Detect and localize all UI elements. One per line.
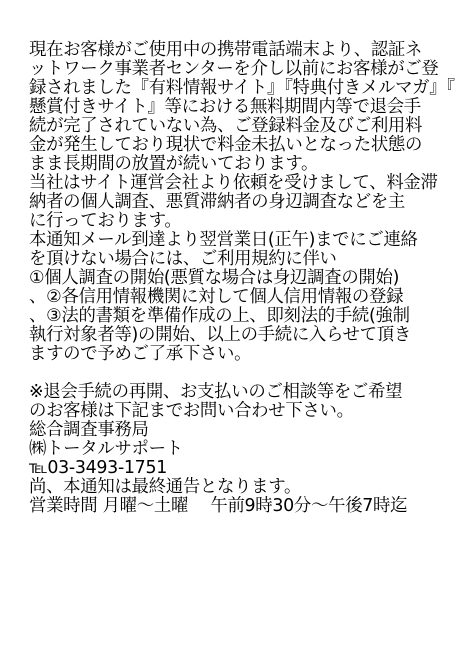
company-name: ㈱トータルサポート — [29, 440, 459, 459]
text-line: 金が発生しており現状で料金未払いとなった状態の — [29, 136, 459, 155]
final-notice: 尚、本通知は最終通告となります。 — [29, 478, 459, 497]
text-line: 、③法的書類を準備作成の上、即刻法的手続(強制 — [29, 307, 459, 326]
text-line: ①個人調査の開始(悪質な場合は身辺調査の開始) — [29, 269, 459, 288]
department-name: 総合調査事務局 — [29, 421, 459, 440]
text-line: 当社はサイト運営会社より依頼を受けまして、料金滞 — [29, 174, 459, 193]
text-line: ットワーク事業者センターを介し以前にお客様がご登 — [29, 60, 459, 79]
paragraph-deadline-actions: 本通知メール到達より翌営業日(正午)までにご連絡 を頂けない場合には、ご利用規約… — [29, 231, 459, 364]
text-line: 執行対象者等)の開始、以上の手続に入らせて頂き — [29, 326, 459, 345]
text-line: 現在お客様がご使用中の携帯電話端末より、認証ネ — [29, 41, 459, 60]
paragraph-company-role: 当社はサイト運営会社より依頼を受けまして、料金滞 納者の個人調査、悪質滞納者の身… — [29, 174, 459, 231]
business-hours: 営業時間 月曜～土曜 午前9時30分～午後7時迄 — [29, 497, 459, 516]
phone-number: ℡03-3493-1751 — [29, 459, 459, 478]
text-line: に行っております。 — [29, 212, 459, 231]
blank-line — [29, 364, 459, 383]
paragraph-unpaid-status: 現在お客様がご使用中の携帯電話端末より、認証ネ ットワーク事業者センターを介し以… — [29, 41, 459, 174]
paragraph-contact-note: ※退会手続の再開、お支払いのご相談等をご希望 のお客様は下記までお問い合わせ下さ… — [29, 383, 459, 421]
text-line: ※退会手続の再開、お支払いのご相談等をご希望 — [29, 383, 459, 402]
text-line: 納者の個人調査、悪質滞納者の身辺調査などを主 — [29, 193, 459, 212]
text-line: 続が完了されていない為、ご登録料金及びご利用料 — [29, 117, 459, 136]
text-line: 本通知メール到達より翌営業日(正午)までにご連絡 — [29, 231, 459, 250]
contact-block: 総合調査事務局 ㈱トータルサポート ℡03-3493-1751 尚、本通知は最終… — [29, 421, 459, 516]
text-line: 、②各信用情報機関に対して個人信用情報の登録 — [29, 288, 459, 307]
text-line: 録されました『有料情報サイト』『特典付きメルマガ』『 — [29, 79, 459, 98]
text-line: を頂けない場合には、ご利用規約に伴い — [29, 250, 459, 269]
text-line: 懸賞付きサイト』等における無料期間内等で退会手 — [29, 98, 459, 117]
text-line: ますので予めご了承下さい。 — [29, 345, 459, 364]
text-line: のお客様は下記までお問い合わせ下さい。 — [29, 402, 459, 421]
notice-document: 現在お客様がご使用中の携帯電話端末より、認証ネ ットワーク事業者センターを介し以… — [29, 41, 459, 516]
text-line: まま長期間の放置が続いております。 — [29, 155, 459, 174]
